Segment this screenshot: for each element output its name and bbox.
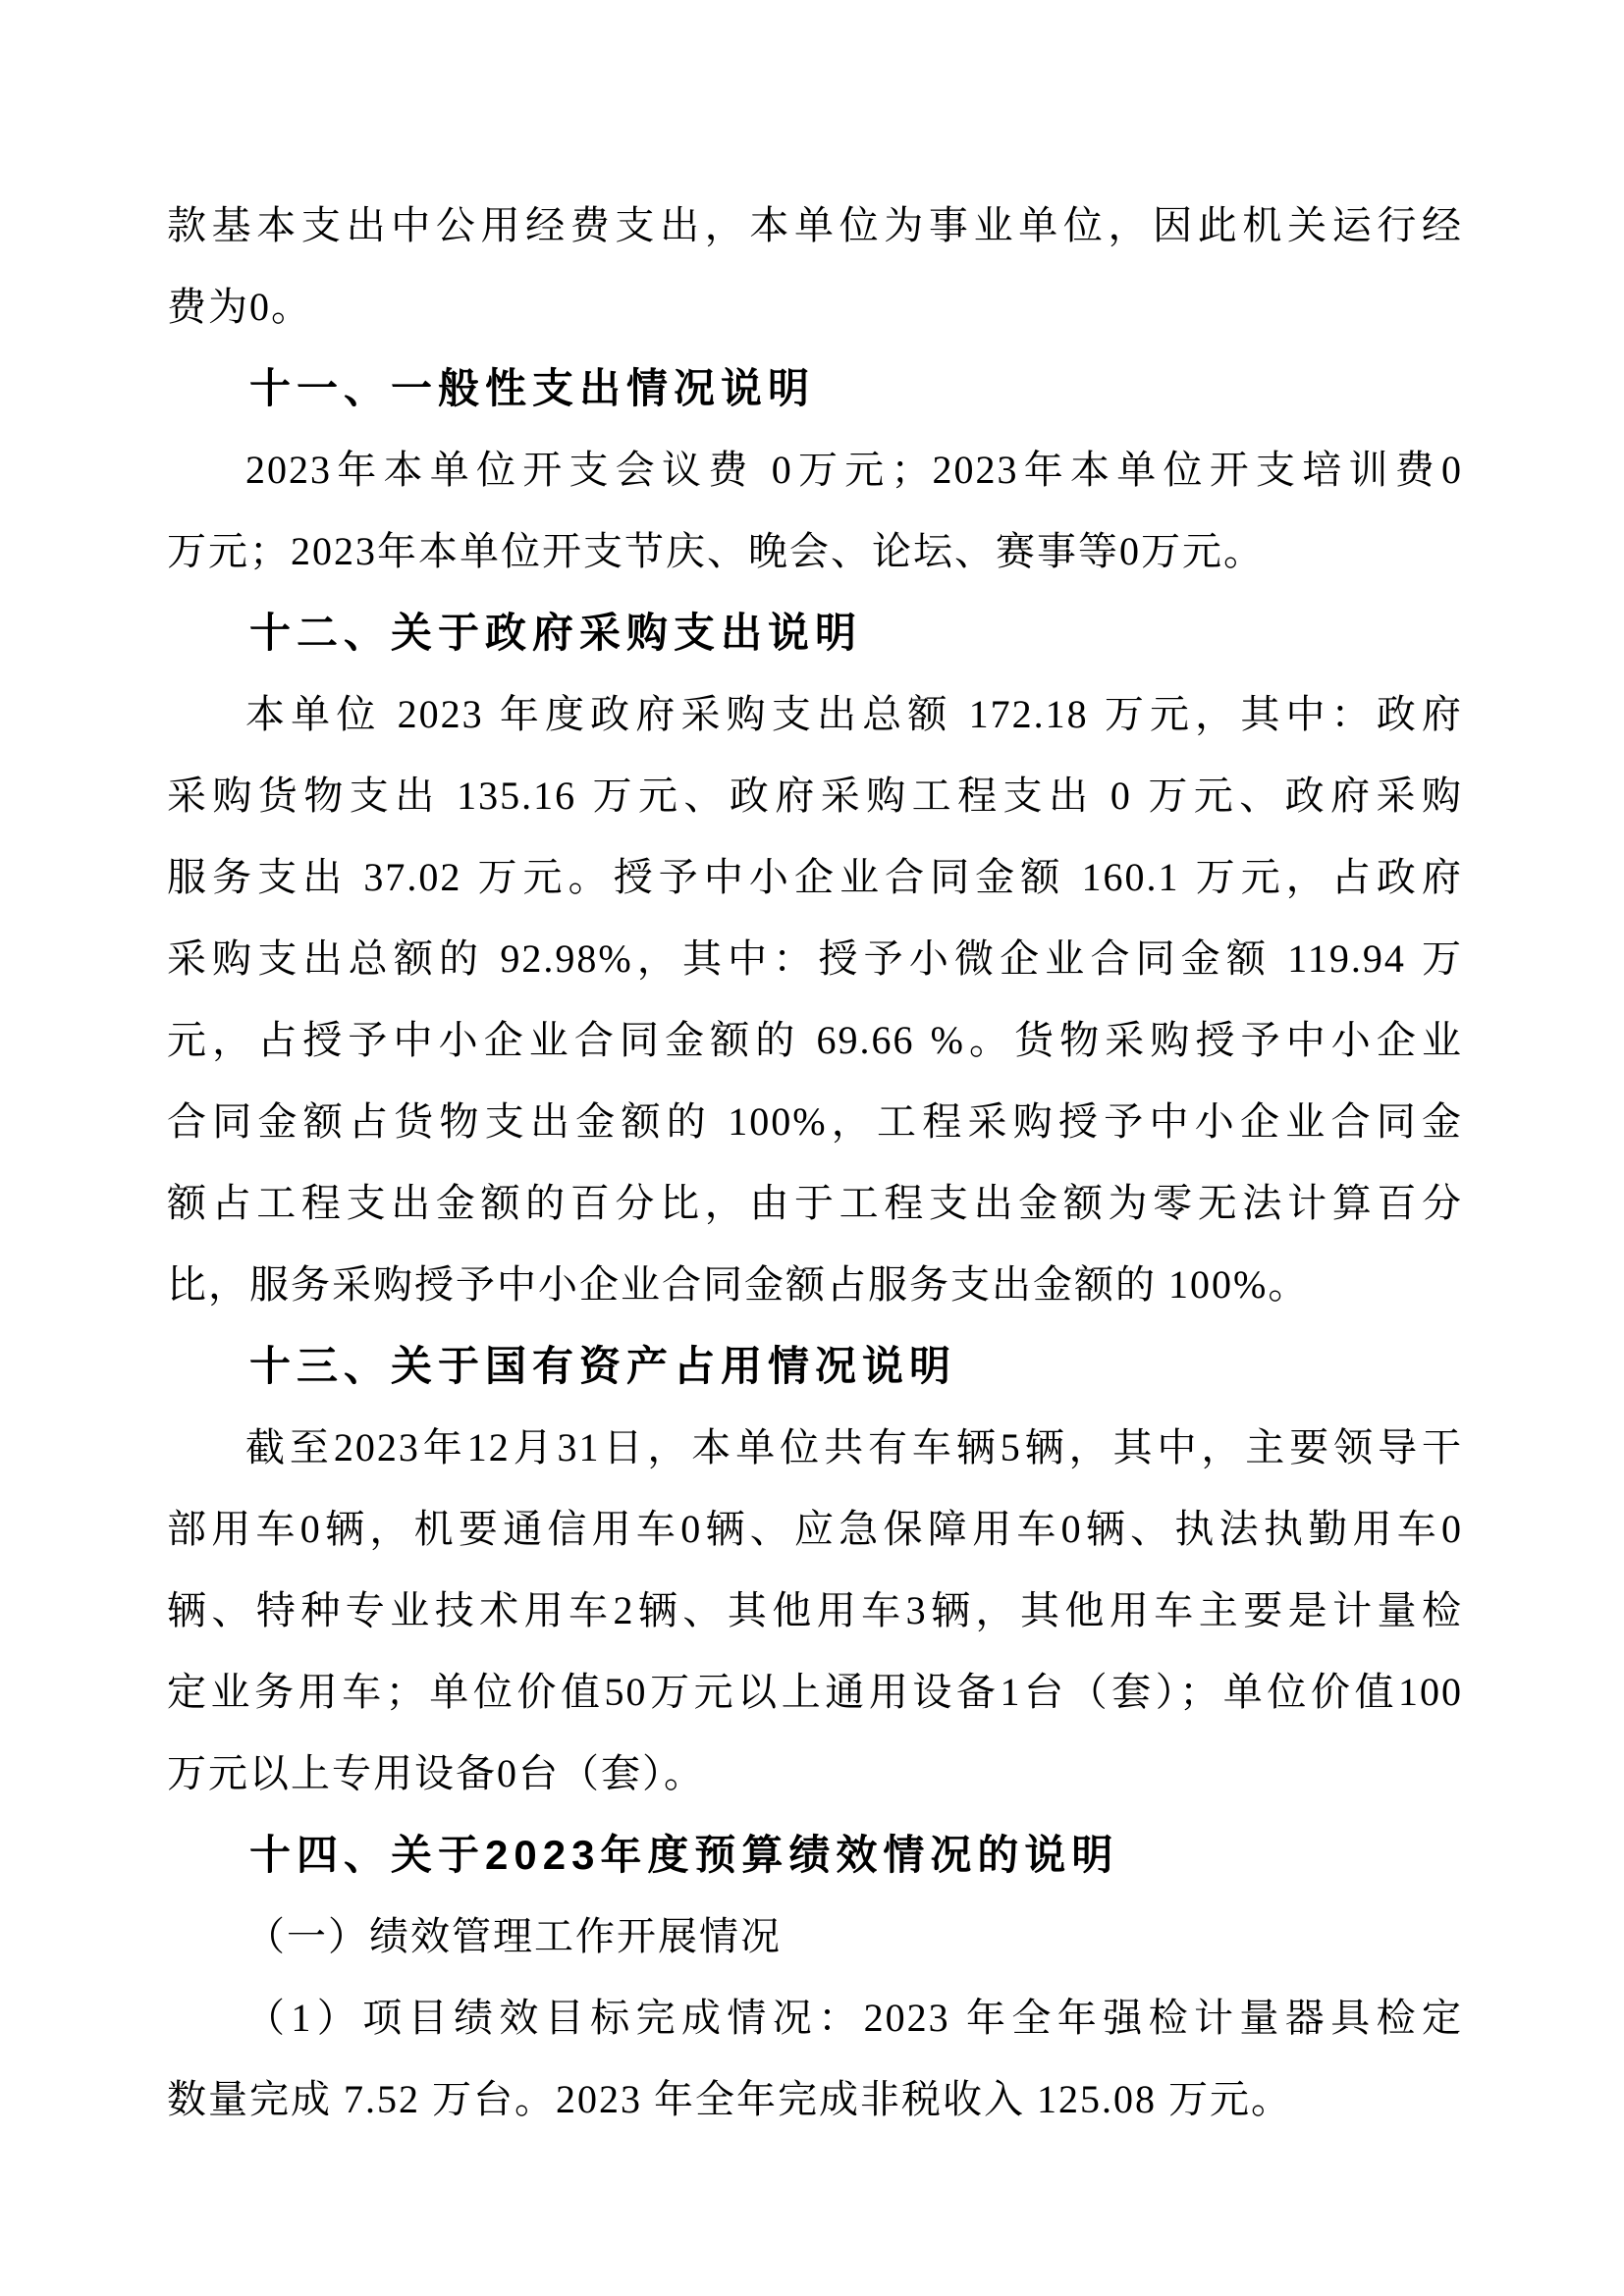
- heading-section-11: 十一、一般性支出情况说明: [167, 347, 1463, 429]
- text-line: 比，服务采购授予中小企业合同金额占服务支出金额的 100%。: [167, 1244, 1463, 1325]
- text-line: 部用车0辆，机要通信用车0辆、应急保障用车0辆、执法执勤用车0: [167, 1488, 1463, 1570]
- text-line: 数量完成 7.52 万台。2023 年全年完成非税收入 125.08 万元。: [167, 2058, 1463, 2140]
- subheading-performance-management: （一）绩效管理工作开展情况: [167, 1896, 1463, 1977]
- text-line: 截至2023年12月31日，本单位共有车辆5辆，其中，主要领导干: [167, 1407, 1463, 1488]
- heading-section-12: 十二、关于政府采购支出说明: [167, 592, 1463, 673]
- text-line: 辆、特种专业技术用车2辆、其他用车3辆，其他用车主要是计量检: [167, 1570, 1463, 1651]
- text-line: 2023年本单位开支会议费 0万元；2023年本单位开支培训费0: [167, 429, 1463, 510]
- text-line: 服务支出 37.02 万元。授予中小企业合同金额 160.1 万元，占政府: [167, 836, 1463, 918]
- text-line: （1）项目绩效目标完成情况：2023 年全年强检计量器具检定: [167, 1977, 1463, 2058]
- heading-section-13: 十三、关于国有资产占用情况说明: [167, 1325, 1463, 1407]
- text-line: 定业务用车；单位价值50万元以上通用设备1台（套）；单位价值100: [167, 1651, 1463, 1733]
- text-line: 万元以上专用设备0台（套）。: [167, 1733, 1463, 1814]
- text-line: 额占工程支出金额的百分比，由于工程支出金额为零无法计算百分: [167, 1162, 1463, 1244]
- heading-section-14: 十四、关于2023年度预算绩效情况的说明: [167, 1814, 1463, 1896]
- text-line: 合同金额占货物支出金额的 100%，工程采购授予中小企业合同金: [167, 1081, 1463, 1162]
- text-line: 采购支出总额的 92.98%，其中：授予小微企业合同金额 119.94 万: [167, 918, 1463, 999]
- text-line: 采购货物支出 135.16 万元、政府采购工程支出 0 万元、政府采购: [167, 755, 1463, 836]
- text-line: 款基本支出中公用经费支出，本单位为事业单位，因此机关运行经: [167, 185, 1463, 266]
- document-page: 款基本支出中公用经费支出，本单位为事业单位，因此机关运行经 费为0。 十一、一般…: [0, 0, 1624, 2296]
- text-line: 本单位 2023 年度政府采购支出总额 172.18 万元，其中：政府: [167, 673, 1463, 755]
- text-line: 万元；2023年本单位开支节庆、晚会、论坛、赛事等0万元。: [167, 510, 1463, 592]
- text-line: 元，占授予中小企业合同金额的 69.66 %。货物采购授予中小企业: [167, 999, 1463, 1081]
- text-line: 费为0。: [167, 266, 1463, 347]
- text-block: 款基本支出中公用经费支出，本单位为事业单位，因此机关运行经 费为0。 十一、一般…: [167, 185, 1463, 2140]
